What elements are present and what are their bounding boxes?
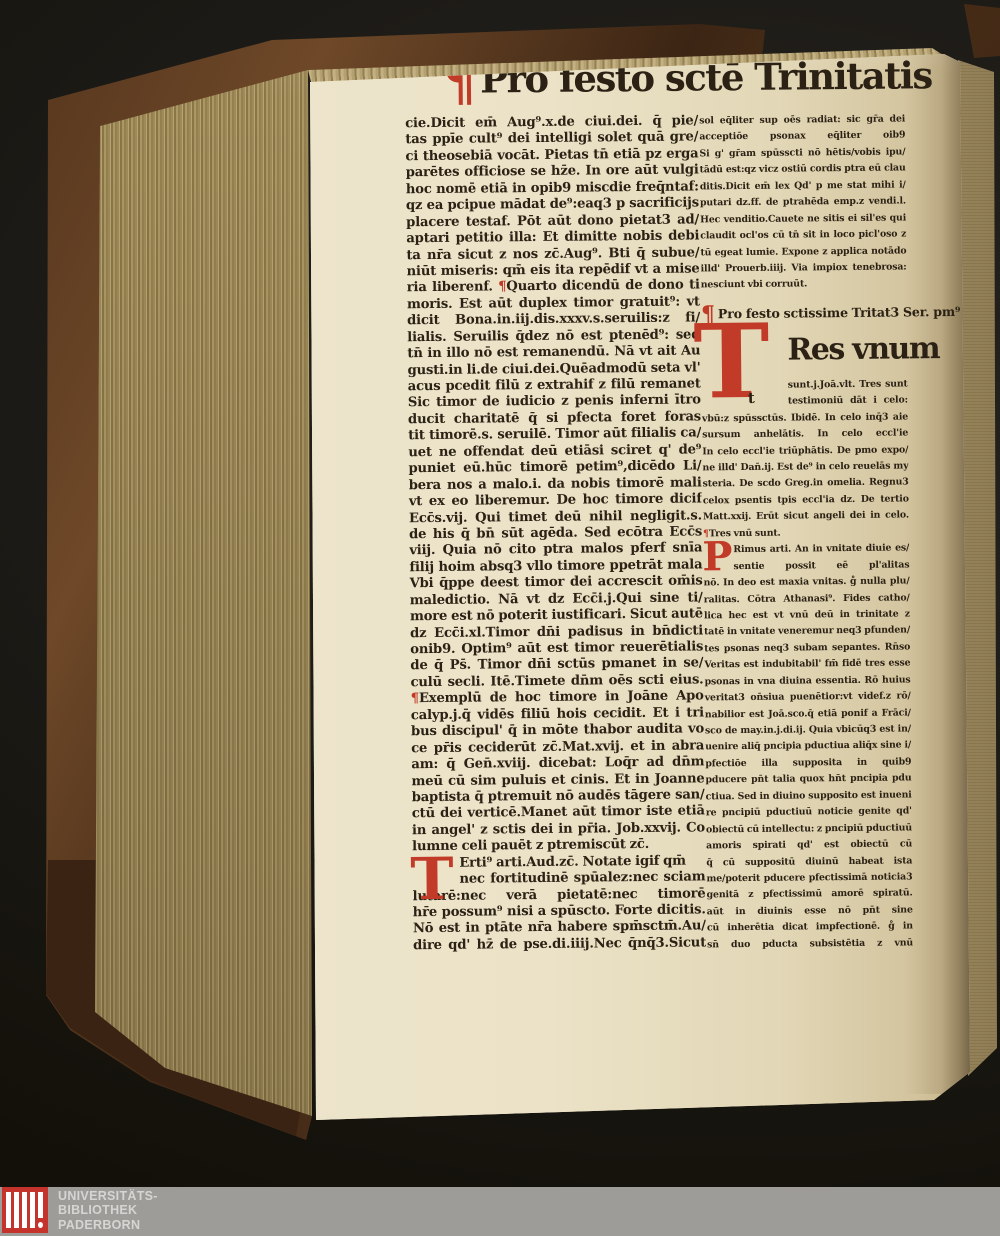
logo-bar [6, 1192, 11, 1228]
text-line: sco de may.in.j.di.ij. Quia vbicūq3 est … [705, 721, 911, 739]
logo-bar [38, 1192, 43, 1218]
text-line: in angel' z sctis dei in pr̄ia. Job.xxvi… [412, 820, 705, 839]
text-line: amoris spirati qd' est obiectū cū volūta… [706, 836, 912, 854]
text-line: sn̄ duo pducta subsistētia z vnū iproduc… [707, 935, 913, 953]
text-line: aūt in diuinis esse nō pn̄t sine subsist… [707, 902, 913, 920]
text-line: Rimus arti. An in vnitate diuie es/ [733, 541, 909, 559]
text-line: nesciunt vbi corruūt. [701, 276, 907, 294]
right-column-continuation: sol eq̄liter sup oēs radiat: sic gr̄a de… [699, 111, 907, 294]
incipit-lines: vbū:z spūssctūs. Ibidē. In celo inq̄3 ai… [702, 409, 909, 542]
text-line: sol eq̄liter sup oēs radiat: sic gr̄a de… [699, 111, 905, 129]
text-line: ralitas. Cōtra Athanasi⁹. Fides catho/ [704, 590, 910, 608]
text-line: putari dz.ff. de ptrahēda emp.z vendi.l. [700, 194, 906, 212]
text-line: q̄ cū suppositū diuinū habeat ista pfect… [706, 853, 912, 871]
drop-cap-tres: T [693, 312, 766, 413]
tertius-article-block: T Erti⁹ arti.Aud.zc̄. Notate igif qm̄nec… [412, 853, 706, 954]
text-line: sursum anhelātis. In celo eccl'ie militā… [702, 426, 908, 444]
primus-article-block: P Rimus arti. An in vnitate diuie es/sen… [703, 541, 913, 954]
library-watermark-text: UNIVERSITÄTS-BIBLIOTHEKPADERBORN [58, 1189, 158, 1232]
text-line: Veritas est indubitabil' fm̄ fidē tres e… [704, 656, 910, 674]
tertius-lines: lutarē:nec verā pietatē:nec timorē filia… [413, 886, 707, 955]
text-line: testimoniū dāt i celo: pater: [788, 393, 908, 411]
logo-bar [22, 1192, 27, 1228]
logo-dot [38, 1222, 43, 1228]
text-line: obiectū cū intellectu: z pncipiū pductiu… [706, 820, 912, 838]
text-line: me/poterit pducere pfectissimā noticia3 [706, 869, 912, 887]
text-line: dire qd' hz̄ de pse.di.iiij.Nec q̄nq̄3.S… [413, 935, 706, 954]
ub-paderborn-logo-icon [2, 1187, 48, 1233]
text-line: acceptiōe psonax eq̄liter oib9 infunditu… [699, 128, 905, 146]
text-line: nabilior est Joā.sco.q̄ etiā ponif a Frā… [705, 705, 911, 723]
text-line: nec fortitudinē spūalez:nec sciam sa/ [459, 870, 705, 889]
drop-cap-tertius: T [410, 849, 454, 907]
text-line: sunt.j.Joā.vlt. Tres sunt q̄ [788, 376, 908, 394]
text-line: claudit ocl'os cū tn̄ sit in loco picl'o… [700, 226, 906, 244]
text-line: lica hec est vt vnū deū in trinitate z t… [704, 606, 910, 624]
text-line: steria. De scdo Greg.in omelia. Regnu3 [703, 475, 909, 493]
text-line: genitā z pfectissimū amorē spiratū. Tali… [707, 886, 913, 904]
text-line: pducere pn̄t talia quox hn̄t pncipia pdu [705, 771, 911, 789]
text-line: veritat3 on̄siua puenētior:vt videf.z rō… [705, 689, 911, 707]
text-line: Si g' gr̄am spūsscti nō hētis/vobis ipu/ [699, 144, 905, 162]
watermark-band: UNIVERSITÄTS-BIBLIOTHEKPADERBORN [0, 1187, 1000, 1236]
text-line: In celo eccl'ie triūphātis. De pmo expo/ [702, 442, 908, 460]
watermark-line: PADERBORN [58, 1218, 158, 1232]
text-line: illd' Prouerb.iiij. Via impiox tenebrosa… [701, 259, 907, 277]
text-line: pfectiōe illa supposita in quib9 inueniu… [705, 754, 911, 772]
incipit-block: T t Res vnum sunt.j.Joā.vlt. Tres sunt q… [701, 324, 909, 542]
right-column: sol eq̄liter sup oēs radiat: sic gr̄a de… [699, 111, 913, 953]
text-line: psonas in vna diuina essentia. Rō huius [704, 672, 910, 690]
tertius-indented-lines: Erti⁹ arti.Aud.zc̄. Notate igif qm̄nec f… [412, 853, 705, 889]
text-line: Matt.xxij. Erūt sicut angeli dei in celo… [703, 508, 909, 526]
pilcrow-icon: ¶ [498, 280, 506, 295]
text-line: ¶Tres vnū sunt. [703, 524, 909, 542]
primus-indented-lines: Rimus arti. An in vnitate diuie es/senti… [703, 541, 909, 576]
text-line: celox psentis tpis eccl'ia dz. De tertio… [703, 491, 909, 509]
logo-bar [14, 1192, 19, 1228]
book-photo: ¶ Pro festo sctē Trinitatis cie.Dicit em… [0, 0, 1000, 1236]
watermark-line: UNIVERSITÄTS- [58, 1189, 158, 1203]
logo-bar [30, 1192, 35, 1228]
guide-letter: t [748, 390, 755, 407]
pilcrow-icon: ¶ [411, 691, 419, 706]
left-column: cie.Dicit em̄ Aug⁹.x.de ciui.dei. q̄ pie… [405, 113, 706, 954]
text-line: ditis.Dicit em̄ lex Qd' p me stat mihi i… [700, 177, 906, 195]
text-line: Hec venditio.Cauete ne sitis ei sil'es q… [700, 210, 906, 228]
text-line: cū inherētia dicat impfectionē. g̊ in di… [707, 919, 913, 937]
text-line: tādū est:qz vicz ostiū cordis ptra eū cl… [700, 161, 906, 179]
text-line: ne illd' Dan̄.ij. Est de⁹ in celo reuelā… [702, 458, 908, 476]
text-line: re pncipiū pductiuū noticie genite qd' e… [706, 804, 912, 822]
text-line: sentie possit eē pl'alitas psonax.D3 [733, 557, 909, 575]
text-line: uenire aliq̄ pncipia pductiua aliq̄x sin… [705, 738, 911, 756]
text-line: tū egeat lumie. Expone z applica notādo [700, 243, 906, 261]
left-column-lines: cie.Dicit em̄ Aug⁹.x.de ciui.dei. q̄ pie… [405, 113, 705, 855]
text-line: tatē in vnitate veneremur neq3 pfunden/ [704, 623, 910, 641]
text-line: tes psonas neq3 subam sepantes. Rn̄so [704, 639, 910, 657]
primus-lines: nō. In deo est maxia vnitas. g̊ nulla pl… [704, 573, 914, 953]
incipit-display-text: Res vnum [787, 324, 907, 377]
text-line: ctiua. Sed in diuino supposito est inuen… [706, 787, 912, 805]
text-line: nō. In deo est maxia vnitas. g̊ nulla pl… [704, 573, 910, 591]
watermark-line: BIBLIOTHEK [58, 1203, 158, 1217]
drop-cap-primus: P [702, 538, 732, 576]
